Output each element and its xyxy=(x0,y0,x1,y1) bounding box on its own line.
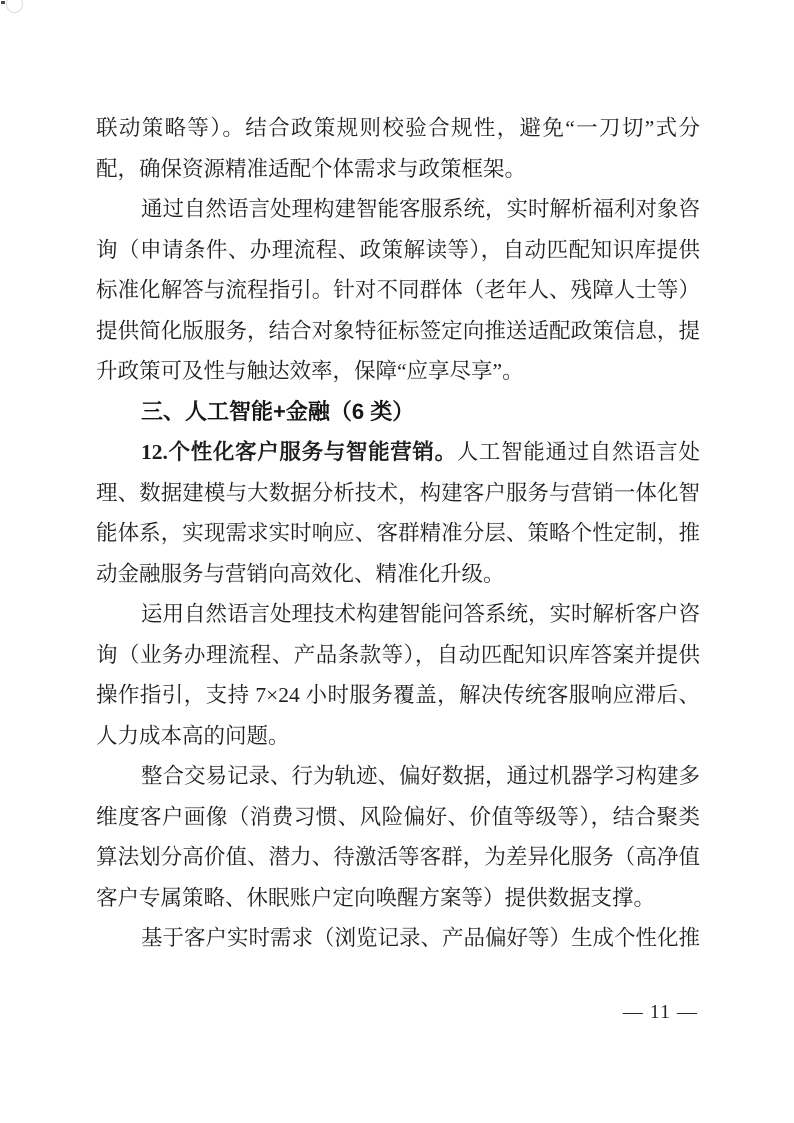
document-page: 联动策略等）。结合政策规则校验合规性，避免“一刀切”式分配，确保资源精准适配个体… xyxy=(0,0,794,1123)
text-line: 操作指引，支持 7×24 小时服务覆盖，解决传统客服响应滞后、 xyxy=(96,675,700,716)
text-line: 整合交易记录、行为轨迹、偏好数据，通过机器学习构建多 xyxy=(96,756,700,797)
text-segment: 12. xyxy=(141,440,168,464)
scan-artifact-dot xyxy=(1,1,5,4)
text-segment: 三、人工智能+金融（6 类） xyxy=(141,399,414,424)
text-segment: 算法划分高价值、潜力、待激活等客群，为差异化服务（高净值 xyxy=(96,845,700,869)
text-line: 算法划分高价值、潜力、待激活等客群，为差异化服务（高净值 xyxy=(96,837,700,878)
text-segment: 询（申请条件、办理流程、政策解读等），自动匹配知识库提供 xyxy=(96,238,700,262)
text-line: 能体系，实现需求实时响应、客群精准分层、策略个性定制，推 xyxy=(96,513,700,554)
text-line: 通过自然语言处理构建智能客服系统，实时解析福利对象咨 xyxy=(96,189,700,230)
text-segment: 基于客户实时需求（浏览记录、产品偏好等）生成个性化推 xyxy=(141,926,700,950)
text-line: 提供简化版服务，结合对象特征标签定向推送适配政策信息，提 xyxy=(96,311,700,352)
text-segment: 个性化客户服务与智能营销。 xyxy=(168,440,457,464)
text-line: 配，确保资源精准适配个体需求与政策框架。 xyxy=(96,149,700,190)
text-line: 联动策略等）。结合政策规则校验合规性，避免“一刀切”式分 xyxy=(96,108,700,149)
text-line: 询（业务办理流程、产品条款等），自动匹配知识库答案并提供 xyxy=(96,635,700,676)
text-segment: 通过自然语言处理构建智能客服系统，实时解析福利对象咨 xyxy=(141,197,700,221)
text-line: 客户专属策略、休眠账户定向唤醒方案等）提供数据支撑。 xyxy=(96,878,700,919)
text-segment: 询（业务办理流程、产品条款等），自动匹配知识库答案并提供 xyxy=(96,643,700,667)
text-segment: 人力成本高的问题。 xyxy=(96,724,290,748)
text-line: 动金融服务与营销向高效化、精准化升级。 xyxy=(96,554,700,595)
text-segment: 提供简化版服务，结合对象特征标签定向推送适配政策信息，提 xyxy=(96,319,700,343)
text-line: 运用自然语言处理技术构建智能问答系统，实时解析客户咨 xyxy=(96,594,700,635)
text-segment: 客户专属策略、休眠账户定向唤醒方案等）提供数据支撑。 xyxy=(96,886,655,910)
text-line: 维度客户画像（消费习惯、风险偏好、价值等级等），结合聚类 xyxy=(96,797,700,838)
text-line: 人力成本高的问题。 xyxy=(96,716,700,757)
page-number: — 11 — xyxy=(623,999,698,1025)
text-segment: 配，确保资源精准适配个体需求与政策框架。 xyxy=(96,157,526,181)
text-line: 升政策可及性与触达效率，保障“应享尽享”。 xyxy=(96,351,700,392)
text-segment: 运用自然语言处理技术构建智能问答系统，实时解析客户咨 xyxy=(141,602,700,626)
text-segment: 理、数据建模与大数据分析技术，构建客户服务与营销一体化智 xyxy=(96,481,700,505)
text-line: 12.个性化客户服务与智能营销。人工智能通过自然语言处 xyxy=(96,432,700,473)
text-segment: 维度客户画像（消费习惯、风险偏好、价值等级等），结合聚类 xyxy=(96,805,700,829)
section-heading: 三、人工智能+金融（6 类） xyxy=(96,392,700,433)
text-segment: 动金融服务与营销向高效化、精准化升级。 xyxy=(96,562,505,586)
text-line: 询（申请条件、办理流程、政策解读等），自动匹配知识库提供 xyxy=(96,230,700,271)
page-number-text: — 11 — xyxy=(623,1001,698,1023)
text-segment: 整合交易记录、行为轨迹、偏好数据，通过机器学习构建多 xyxy=(141,764,700,788)
text-line: 标准化解答与流程指引。针对不同群体（老年人、残障人士等） xyxy=(96,270,700,311)
text-segment: 联动策略等）。结合政策规则校验合规性，避免“一刀切”式分 xyxy=(96,116,700,140)
text-segment: 人工智能通过自然语言处 xyxy=(457,440,700,464)
document-body: 联动策略等）。结合政策规则校验合规性，避免“一刀切”式分配，确保资源精准适配个体… xyxy=(96,108,700,959)
scan-artifact-ring xyxy=(6,0,23,13)
text-segment: 标准化解答与流程指引。针对不同群体（老年人、残障人士等） xyxy=(96,278,700,302)
text-line: 基于客户实时需求（浏览记录、产品偏好等）生成个性化推 xyxy=(96,918,700,959)
text-segment: 能体系，实现需求实时响应、客群精准分层、策略个性定制，推 xyxy=(96,521,700,545)
text-segment: 升政策可及性与触达效率，保障“应享尽享”。 xyxy=(96,359,524,383)
text-segment: 操作指引，支持 7×24 小时服务覆盖，解决传统客服响应滞后、 xyxy=(96,683,700,707)
text-line: 理、数据建模与大数据分析技术，构建客户服务与营销一体化智 xyxy=(96,473,700,514)
